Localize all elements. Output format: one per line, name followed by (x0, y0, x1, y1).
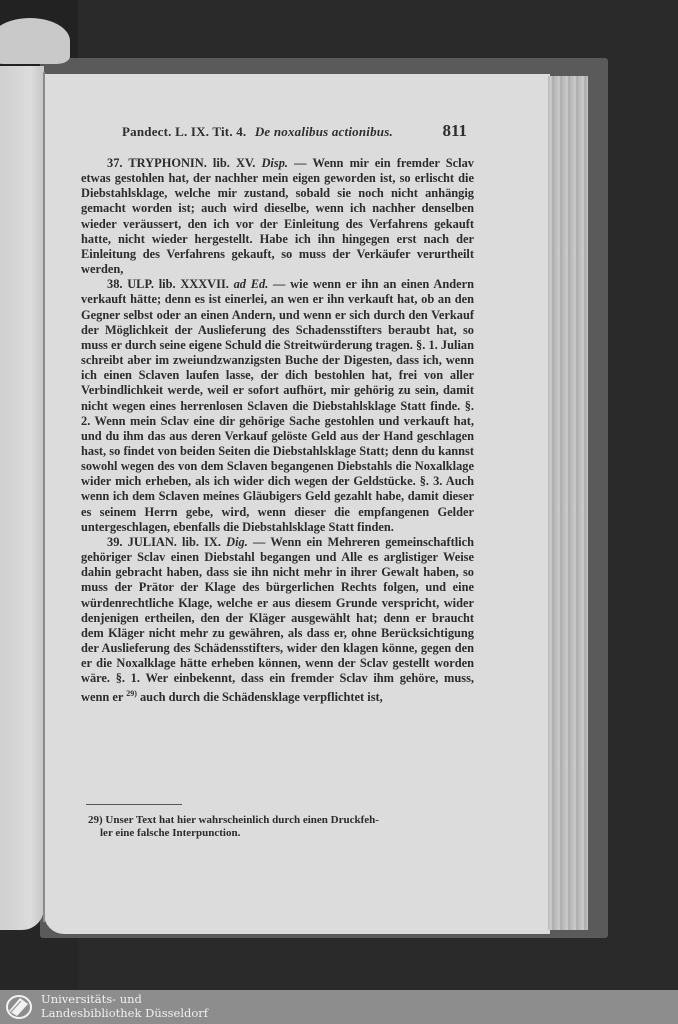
running-header: Pandect. L. IX. Tit. 4. De noxalibus act… (122, 121, 467, 143)
left-page-curl (0, 18, 70, 64)
footnote-rule (86, 804, 182, 805)
work-title: Disp. (261, 156, 288, 170)
running-head-left: Pandect. L. IX. Tit. 4. (122, 124, 246, 139)
footnote-line-2: ler eine falsche Interpunction. (88, 827, 478, 840)
library-name-line-1: Universitäts- und (41, 992, 208, 1006)
paragraph-38: 38. ULP. lib. XXXVII. ad Ed. — wie wenn … (81, 277, 474, 535)
law-reference: 37. TRYPHONIN. lib. XV. (107, 156, 255, 170)
law-reference: 38. ULP. lib. XXXVII. (107, 277, 229, 291)
footnote: 29) Unser Text hat hier wahrscheinlich d… (88, 814, 478, 840)
law-reference: 39. JULIAN. lib. IX. (107, 535, 221, 549)
page-gutter (43, 72, 45, 922)
library-name-line-2: Landesbibliothek Düsseldorf (41, 1006, 208, 1020)
footnote-line-1: Unser Text hat hier wahrscheinlich durch… (105, 814, 379, 826)
page-stack-edge (548, 76, 588, 930)
running-head-title: De noxalibus actionibus. (255, 124, 393, 139)
paragraph-text: — wie wenn er ihn an einen Andern verkau… (81, 277, 474, 534)
footnote-number: 29) (88, 814, 103, 826)
paragraph-text: — Wenn mir ein fremder Sclav etwas gesto… (81, 156, 474, 276)
page-number: 811 (442, 121, 467, 141)
work-title: ad Ed. (234, 277, 269, 291)
paragraph-37: 37. TRYPHONIN. lib. XV. Disp. — Wenn mir… (81, 156, 474, 277)
left-page-edge (0, 66, 44, 930)
work-title: Dig. (226, 535, 248, 549)
paragraph-39: 39. JULIAN. lib. IX. Dig. — Wenn ein Meh… (81, 535, 474, 706)
library-name[interactable]: Universitäts- und Landesbibliothek Düsse… (41, 992, 208, 1020)
paragraph-text: — Wenn ein Mehreren gemeinschaftlich geh… (81, 535, 474, 705)
body-text: 37. TRYPHONIN. lib. XV. Disp. — Wenn mir… (81, 156, 474, 706)
paragraph-text-continued: auch durch die Schädensklage verpflichte… (137, 691, 383, 705)
book-logo-icon[interactable] (4, 994, 34, 1020)
running-head: Pandect. L. IX. Tit. 4. De noxalibus act… (122, 124, 393, 140)
footnote-marker[interactable]: 29) (126, 689, 137, 698)
